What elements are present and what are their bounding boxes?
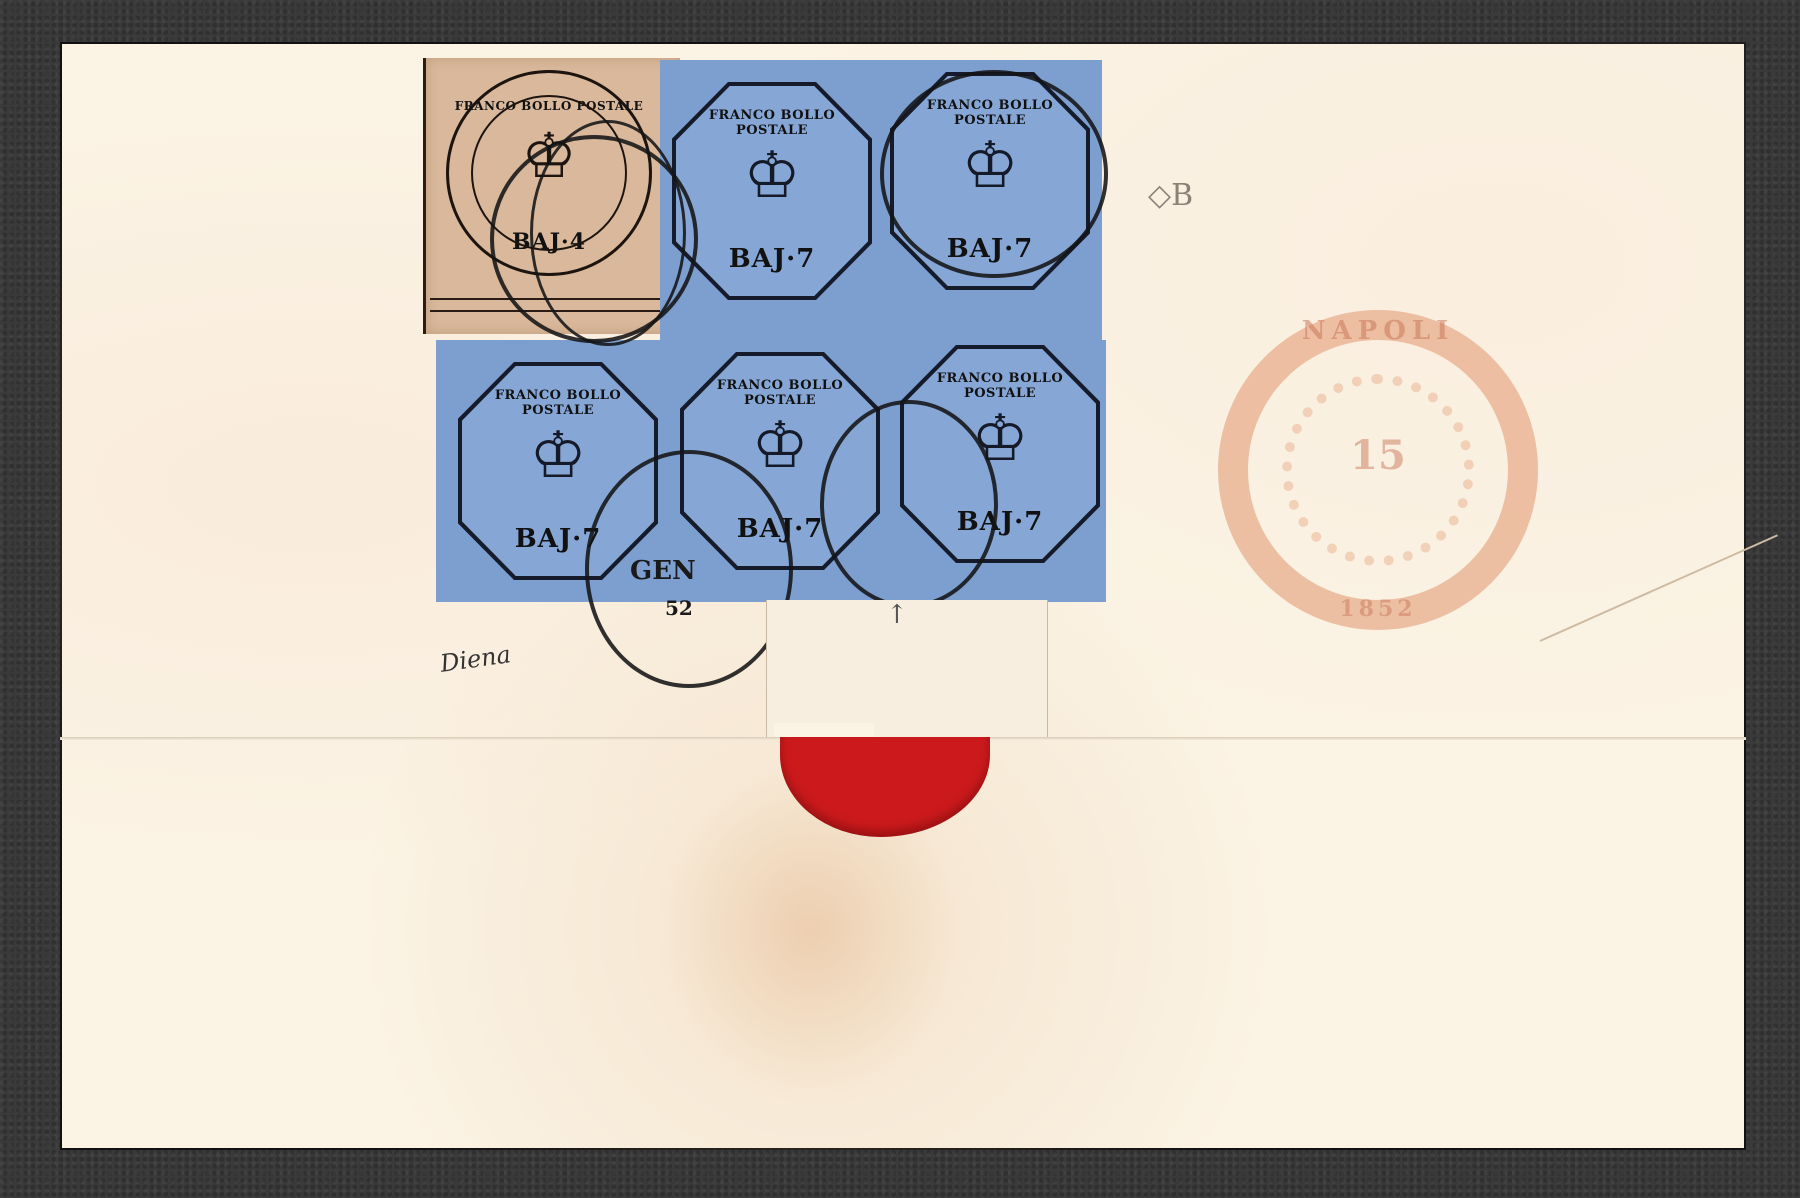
postmark-day: 15	[1248, 432, 1508, 479]
stamp-value: BAJ·7	[676, 244, 868, 274]
cancel-ring	[530, 120, 686, 346]
cancel-year-text: 52	[665, 596, 693, 620]
arrow-mark-icon: ↑	[886, 600, 908, 630]
stamp-top-text: FRANCO BOLLO POSTALE	[684, 378, 876, 408]
expert-mark-icon: ◇B	[1148, 178, 1193, 213]
stamp-top-text: FRANCO BOLLO POSTALE	[462, 388, 654, 418]
cancel-ring	[820, 400, 998, 608]
postmark-year: 1852	[1248, 596, 1508, 622]
cancel-month-text: GEN	[630, 556, 696, 586]
postmark-city: NAPOLI	[1248, 316, 1508, 346]
stamp-blue-1: FRANCO BOLLO POSTALE ♔ BAJ·7	[672, 82, 872, 300]
cancel-ring	[880, 70, 1108, 278]
stamp-top-text: FRANCO BOLLO POSTALE	[676, 108, 868, 138]
papal-emblem-icon: ♔	[751, 414, 808, 478]
red-postmark: NAPOLI 15 1852	[1218, 310, 1538, 630]
papal-emblem-icon: ♔	[529, 424, 586, 488]
stamp-top-text: FRANCO BOLLO POSTALE	[904, 371, 1096, 401]
papal-emblem-icon: ♔	[743, 144, 800, 208]
stamp-top-text: FRANCO BOLLO POSTALE	[449, 99, 649, 113]
